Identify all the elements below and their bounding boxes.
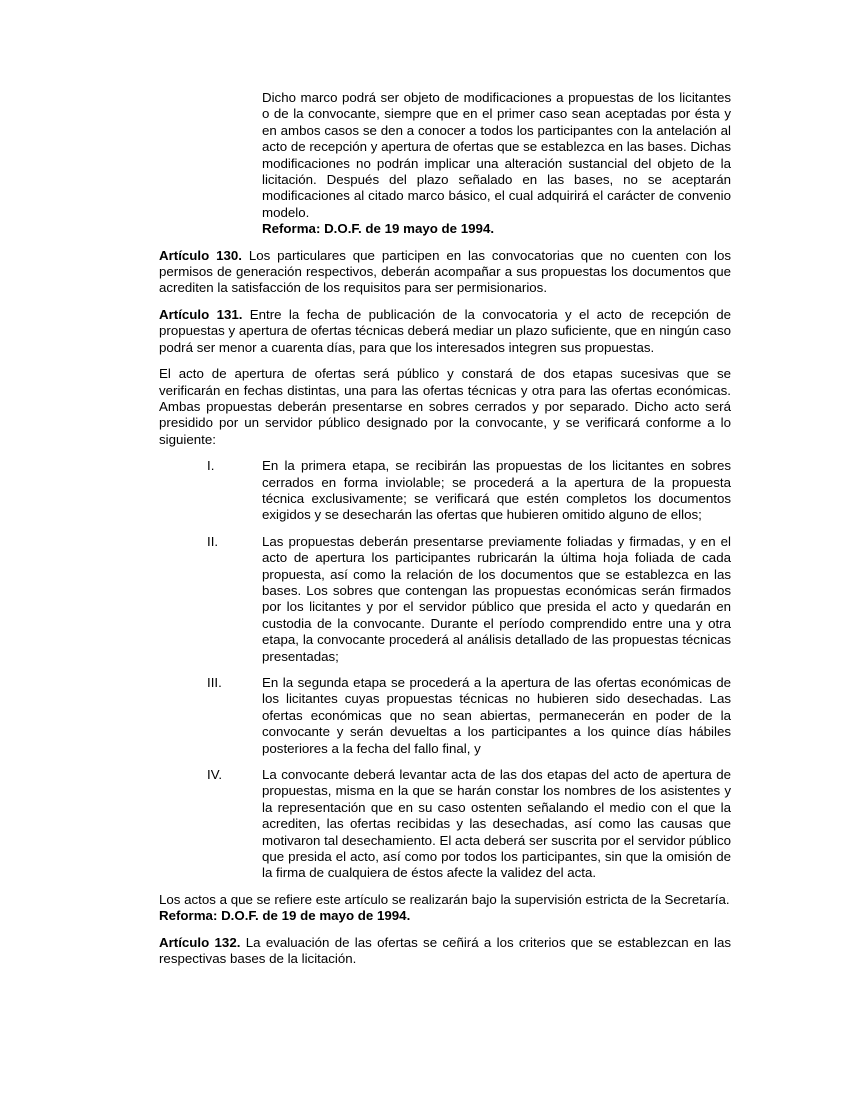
marco-reforma-note: Reforma: D.O.F. de 19 mayo de 1994. — [262, 221, 731, 237]
articulo-132-text: La evaluación de las ofertas se ceñirá a… — [159, 935, 731, 966]
apertura-intro-paragraph: El acto de apertura de ofertas será públ… — [159, 366, 731, 448]
fraccion-i-text: En la primera etapa, se recibirán las pr… — [262, 458, 731, 524]
articulo-131-label: Artículo 131. — [159, 307, 242, 322]
fraccion-iv: IV. La convocante deberá levantar acta d… — [159, 767, 731, 882]
fraccion-ii-numeral: II. — [207, 534, 262, 665]
marco-block: Dicho marco podrá ser objeto de modifica… — [262, 90, 731, 238]
fraccion-iii-text: En la segunda etapa se procederá a la ap… — [262, 675, 731, 757]
document-content: Dicho marco podrá ser objeto de modifica… — [159, 90, 731, 978]
articulo-130-label: Artículo 130. — [159, 248, 242, 263]
fraccion-iv-text: La convocante deberá levantar acta de la… — [262, 767, 731, 882]
articulo-131-text: Entre la fecha de publicación de la conv… — [159, 307, 731, 355]
fraccion-iv-numeral: IV. — [207, 767, 262, 882]
fraccion-ii-text: Las propuestas deberán presentarse previ… — [262, 534, 731, 665]
articulo-132-label: Artículo 132. — [159, 935, 240, 950]
fraccion-iii-numeral: III. — [207, 675, 262, 757]
articulo-130-text: Los particulares que participen en las c… — [159, 248, 731, 296]
fraccion-ii: II. Las propuestas deberán presentarse p… — [159, 534, 731, 665]
marco-paragraph: Dicho marco podrá ser objeto de modifica… — [262, 90, 731, 221]
supervision-block: Los actos a que se refiere este artículo… — [159, 892, 731, 925]
articulo-130-paragraph: Artículo 130. Los particulares que parti… — [159, 248, 731, 297]
articulo-132-paragraph: Artículo 132. La evaluación de las ofert… — [159, 935, 731, 968]
document-page: Dicho marco podrá ser objeto de modifica… — [0, 0, 850, 1100]
fraccion-i: I. En la primera etapa, se recibirán las… — [159, 458, 731, 524]
supervision-reforma-note: Reforma: D.O.F. de 19 de mayo de 1994. — [159, 908, 731, 924]
fraccion-iii: III. En la segunda etapa se procederá a … — [159, 675, 731, 757]
fraccion-i-numeral: I. — [207, 458, 262, 524]
supervision-paragraph: Los actos a que se refiere este artículo… — [159, 892, 731, 908]
articulo-131-paragraph: Artículo 131. Entre la fecha de publicac… — [159, 307, 731, 356]
